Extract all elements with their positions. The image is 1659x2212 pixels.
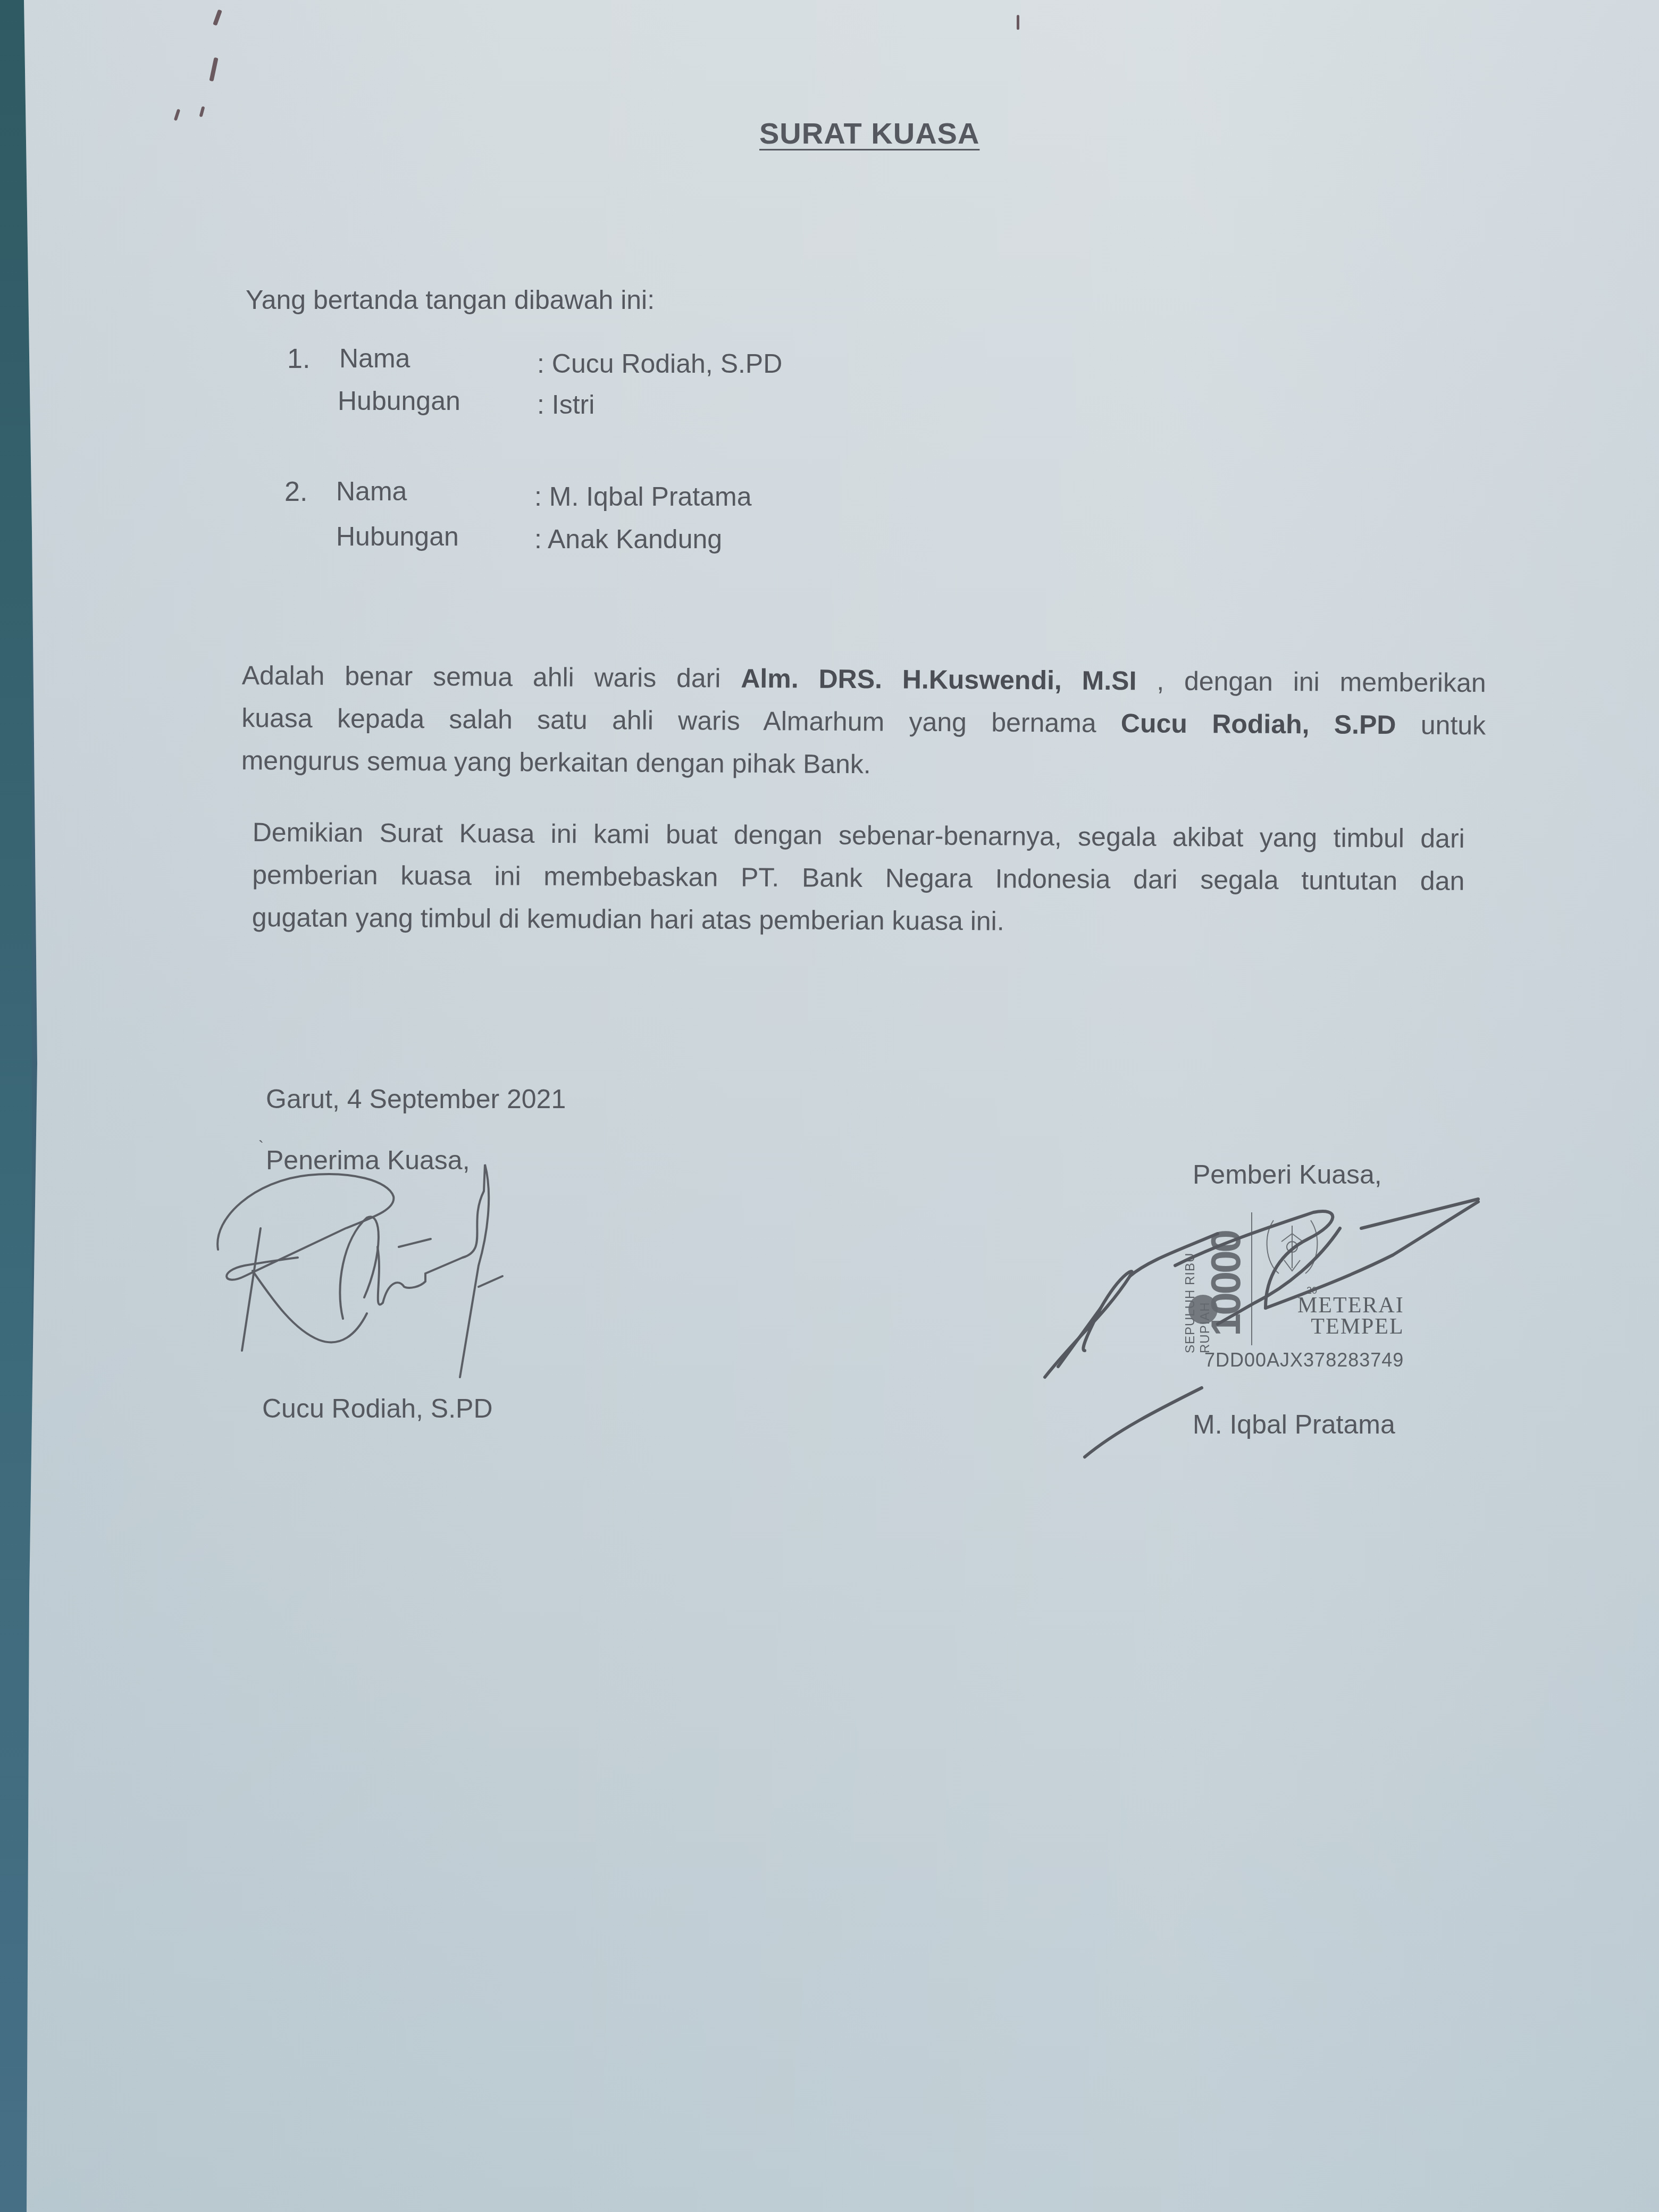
party-relation-label: Hubungan bbox=[338, 386, 460, 416]
paragraph-line: pemberian kuasa ini membebaskan PT. Bank… bbox=[252, 853, 1464, 902]
paragraph-line: Demikian Surat Kuasa ini kami buat denga… bbox=[253, 811, 1465, 860]
text-run: , dengan ini memberikan bbox=[1136, 666, 1486, 698]
party-name-label: Nama bbox=[336, 476, 407, 507]
grantor-name: M. Iqbal Pratama bbox=[1193, 1409, 1395, 1440]
recipient-signature-icon bbox=[213, 1159, 510, 1382]
party-number: 1. bbox=[287, 343, 310, 375]
text-run: untuk bbox=[1396, 710, 1486, 740]
text-run: Adalah benar semua ahli waris dari bbox=[242, 660, 741, 693]
paragraph-line: gugatan yang timbul di kemudian hari ata… bbox=[252, 896, 1464, 945]
stray-tick-mark: ` bbox=[258, 1138, 264, 1156]
document-page bbox=[16, 0, 1659, 2212]
deceased-name: Alm. DRS. H.Kuswendi, M.SI bbox=[741, 664, 1136, 696]
statement-paragraph: Adalah benar semua ahli waris dari Alm. … bbox=[241, 654, 1486, 789]
text-run: kuasa kepada salah satu ahli waris Almar… bbox=[241, 703, 1121, 738]
paragraph-line: kuasa kepada salah satu ahli waris Almar… bbox=[241, 697, 1486, 747]
document-title: SURAT KUASA bbox=[759, 116, 979, 150]
party-name-value: : M. Iqbal Pratama bbox=[534, 481, 752, 512]
recipient-name: Cucu Rodiah, S.PD bbox=[262, 1393, 493, 1424]
party-relation-label: Hubungan bbox=[336, 521, 459, 552]
authorized-heir-name: Cucu Rodiah, S.PD bbox=[1121, 708, 1396, 740]
background-surface bbox=[0, 0, 32, 2212]
intro-text: Yang bertanda tangan dibawah ini: bbox=[246, 284, 655, 315]
party-relation-value: : Istri bbox=[537, 389, 594, 420]
party-name-value: : Cucu Rodiah, S.PD bbox=[537, 348, 782, 379]
place-date: Garut, 4 September 2021 bbox=[266, 1084, 566, 1115]
party-relation-value: : Anak Kandung bbox=[534, 524, 722, 555]
paragraph-line: mengurus semua yang berkaitan dengan pih… bbox=[241, 739, 1486, 789]
party-name-label: Nama bbox=[339, 343, 410, 374]
stray-mark bbox=[1017, 15, 1019, 30]
grantor-label: Pemberi Kuasa, bbox=[1193, 1159, 1382, 1190]
paragraph-line: Adalah benar semua ahli waris dari Alm. … bbox=[242, 654, 1486, 704]
party-number: 2. bbox=[284, 476, 307, 508]
closing-paragraph: Demikian Surat Kuasa ini kami buat denga… bbox=[252, 811, 1465, 945]
